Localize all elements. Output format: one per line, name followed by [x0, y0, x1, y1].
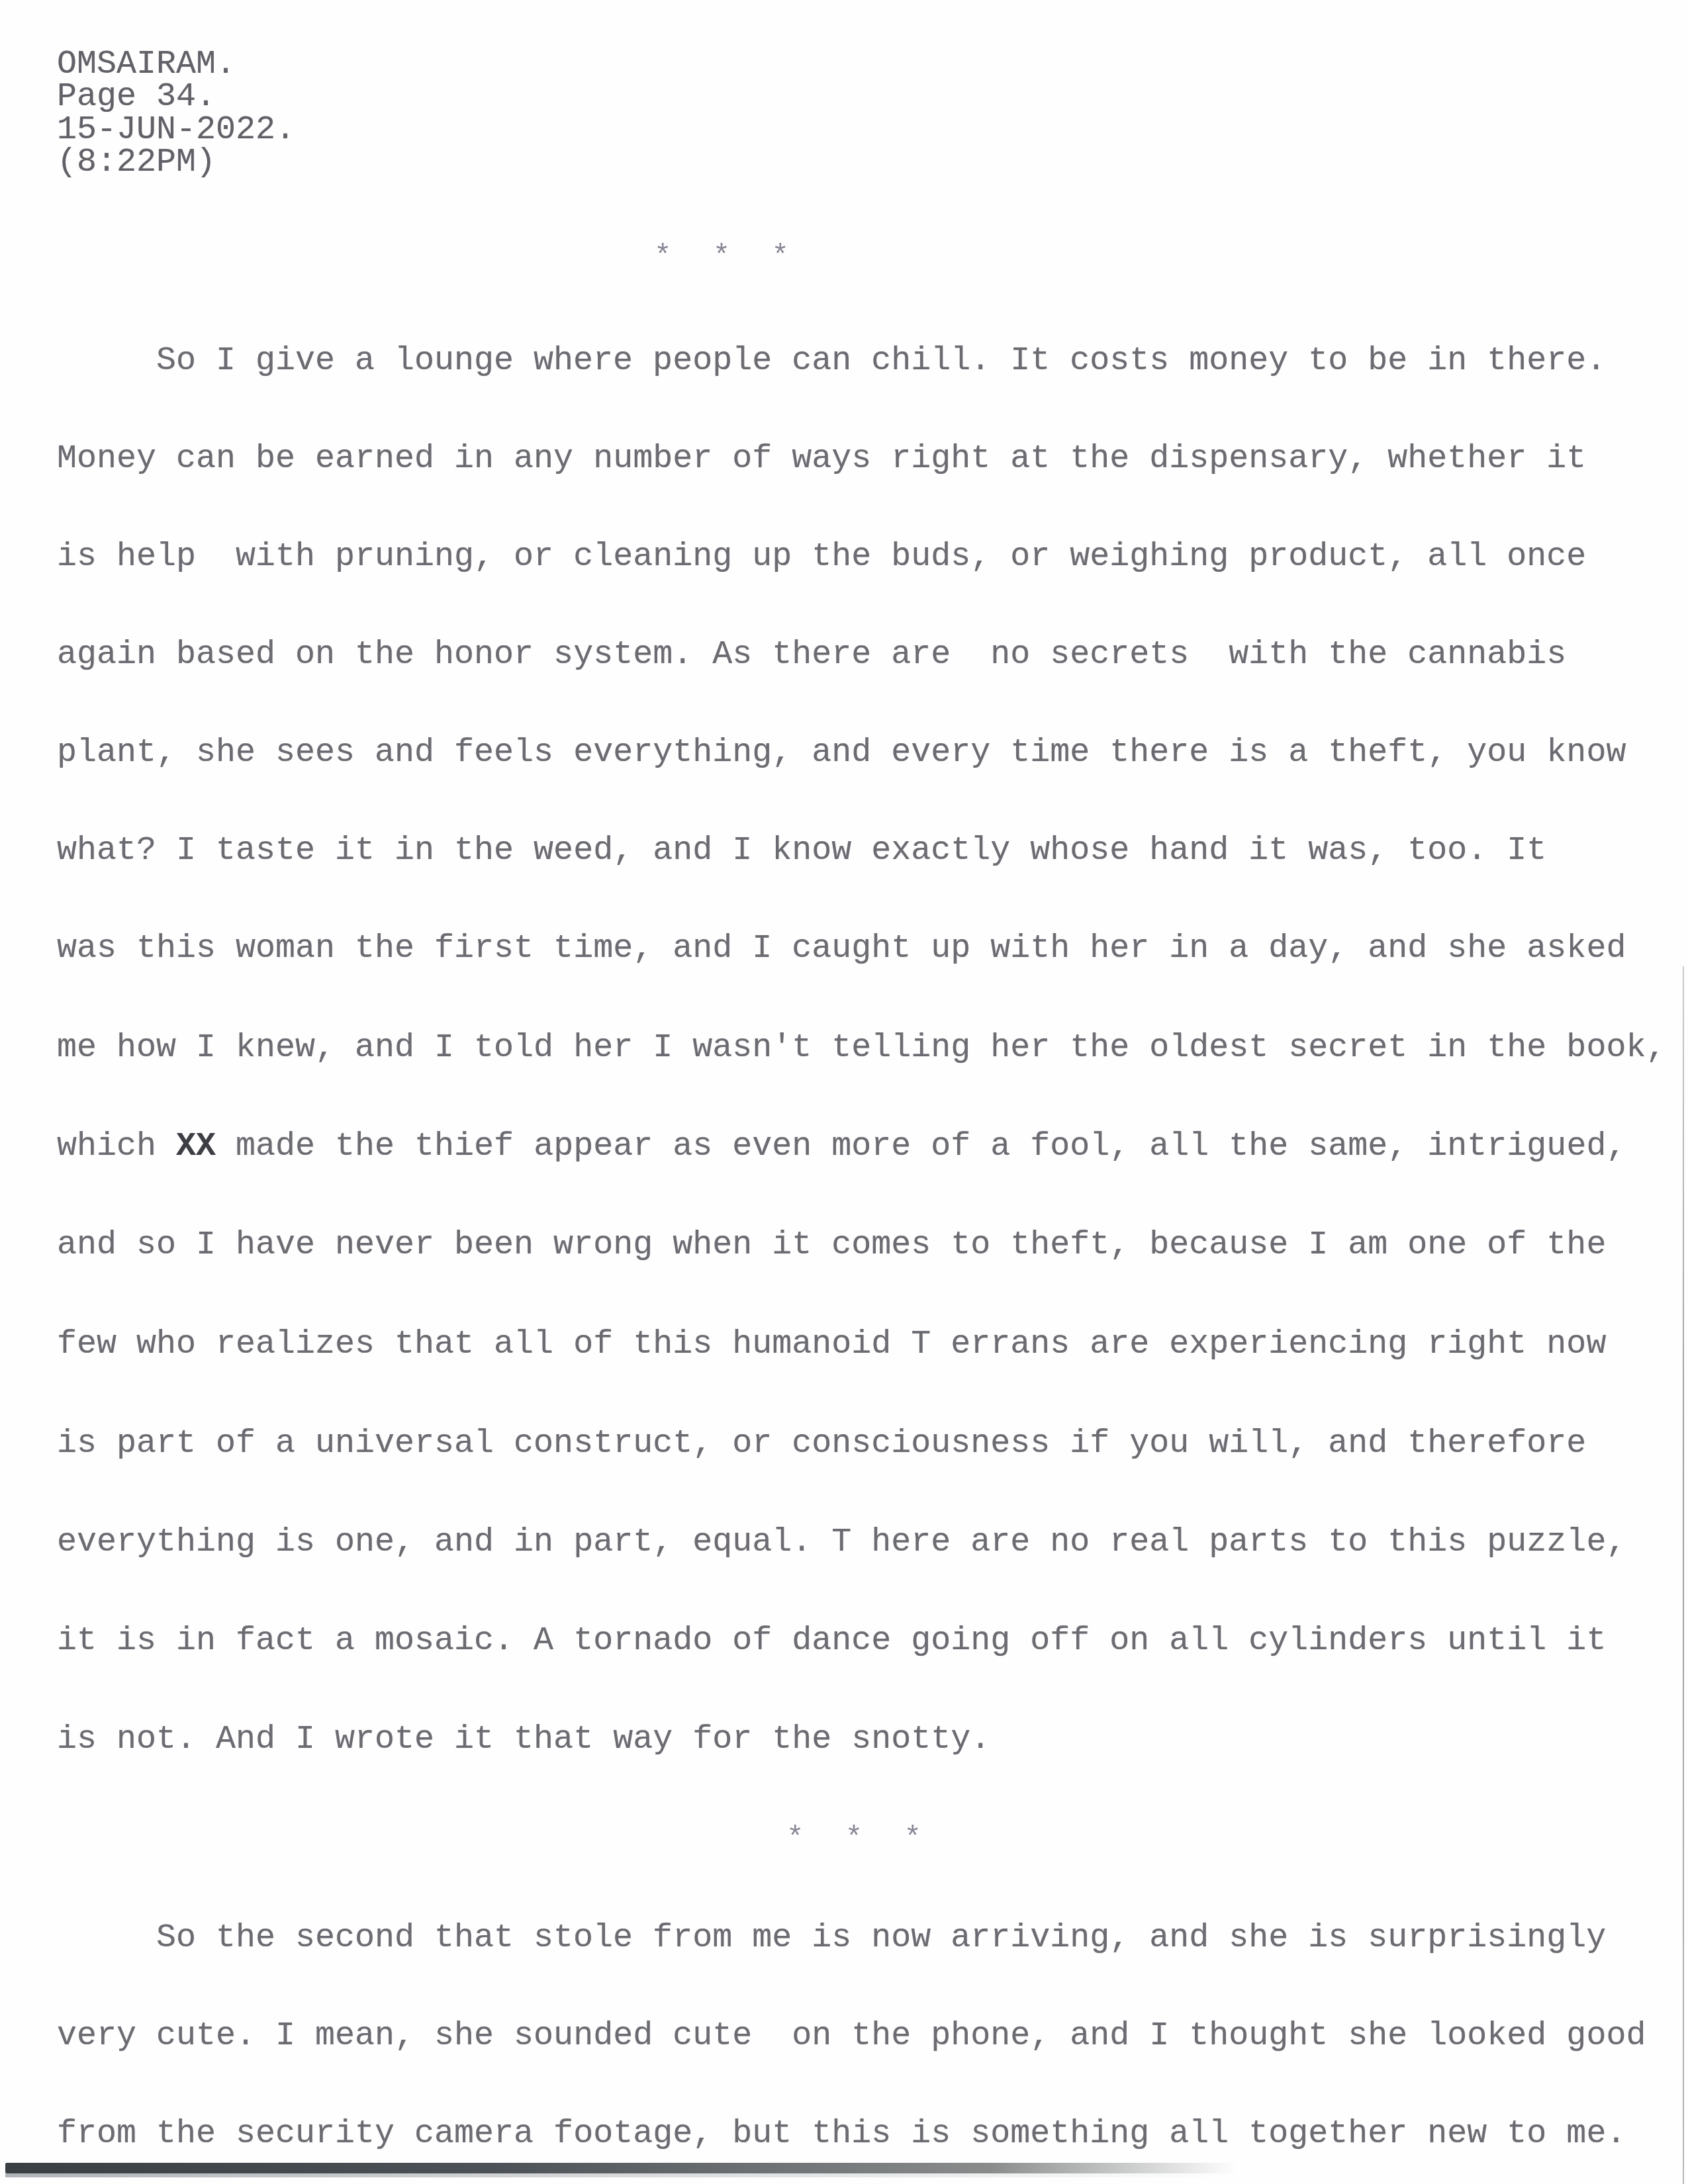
section-separator-asterisks-icon: * * *	[654, 242, 801, 271]
paragraph-line: again based on the honor system. As ther…	[57, 639, 1566, 672]
paragraph-line: is help with pruning, or cleaning up the…	[57, 541, 1586, 574]
paragraph-line: very cute. I mean, she sounded cute on t…	[57, 2020, 1646, 2053]
header-page-number: Page 34.	[57, 81, 216, 114]
paragraph-line: me how I knew, and I told her I wasn't t…	[57, 1032, 1665, 1065]
paragraph-line: is not. And I wrote it that way for the …	[57, 1723, 990, 1756]
section-separator-asterisks-icon: * * *	[786, 1824, 933, 1853]
paragraph-line: So the second that stole from me is now …	[156, 1922, 1606, 1955]
header-time: (8:22PM)	[57, 146, 216, 179]
paragraph-line: from the security camera footage, but th…	[57, 2118, 1626, 2151]
paragraph-line: plant, she sees and feels everything, an…	[57, 737, 1626, 770]
paragraph-line: So I give a lounge where people can chil…	[156, 345, 1606, 378]
line-text-after: made the thief appear as even more of a …	[216, 1128, 1626, 1165]
paragraph-line: was this woman the first time, and I cau…	[57, 933, 1626, 966]
paragraph-line: few who realizes that all of this humano…	[57, 1328, 1606, 1361]
paragraph-line: Money can be earned in any number of way…	[57, 443, 1586, 476]
scan-bottom-shadow	[5, 2163, 1237, 2173]
header-date: 15-JUN-2022.	[57, 114, 295, 147]
paragraph-line: it is in fact a mosaic. A tornado of dan…	[57, 1625, 1606, 1658]
paragraph-line-with-overstrike: which XX made the thief appear as even m…	[57, 1130, 1626, 1163]
header-title: OMSAIRAM.	[57, 48, 236, 81]
scan-edge-line	[1683, 966, 1684, 2184]
overstruck-characters: XX	[176, 1128, 216, 1165]
typewritten-page: OMSAIRAM. Page 34. 15-JUN-2022. (8:22PM)…	[0, 0, 1688, 2184]
paragraph-line: what? I taste it in the weed, and I know…	[57, 835, 1546, 868]
line-text-before: which	[57, 1128, 176, 1165]
paragraph-line: and so I have never been wrong when it c…	[57, 1229, 1606, 1262]
paragraph-line: is part of a universal construct, or con…	[57, 1428, 1586, 1461]
paragraph-line: everything is one, and in part, equal. T…	[57, 1526, 1626, 1559]
